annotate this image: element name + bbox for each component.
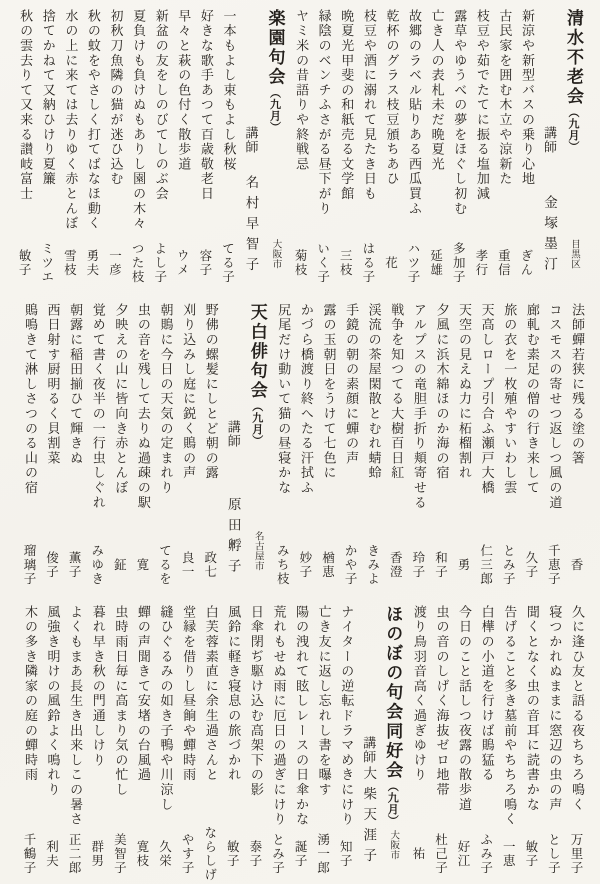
section-month: （九月） (386, 781, 399, 827)
poem-author: よし子 (148, 235, 171, 291)
poem-column: 緑陰のベンチふさがる昼下がりいく子 (311, 9, 334, 293)
poem-column: 枝豆や酒に溺れて見たき日もはる子 (356, 9, 379, 293)
haiku-band-middle: 法師蟬若狭に残る塗の箸香コスモスの寄せつ返しつ風の道千恵子廊軋む素足の僧の行き来… (13, 303, 587, 595)
poem-column: 暮れ早き秋の門通しけり群男 (85, 605, 108, 884)
poem-author: 孝行 (469, 235, 492, 291)
poem-column: 新盆の友をしのびてしのぶ会よし子 (148, 9, 171, 293)
poem-column: 渓流の茶屋閑散とむれ蜻蛉きみよ (361, 303, 384, 595)
poem-column: 秋の雲去りて又来る讃岐富士敏子 (13, 9, 36, 293)
poem-author: 千鶴子 (17, 826, 40, 882)
poem-column: 告げること多き墓前やちちろ鳴く一恵 (497, 605, 520, 884)
poem-author: 花 (379, 235, 402, 291)
lecturer-label: 講師 (221, 420, 244, 448)
section-city-label: 大阪市 (270, 239, 281, 269)
poem-author: てる子 (216, 235, 239, 291)
poem-column: よくもまあ長生き出来しこの暑さ正二郎 (63, 605, 86, 884)
poem-author: 勇夫 (80, 235, 103, 291)
poem-column: 今日のこと話しつ夜露の散歩道好江 (451, 605, 474, 884)
poem-author: いく子 (311, 235, 334, 291)
poem-column: 好きな歌手あつて百歳敬老日容子 (193, 9, 216, 293)
poem-column: 晩夏光甲斐の和紙売る文学館三枝 (334, 9, 357, 293)
poem-author: 妙子 (293, 537, 316, 593)
poem-column: 露草やゆうべの夢をほぐし初む多加子 (447, 9, 470, 293)
poem-author: 菊枝 (288, 235, 311, 291)
poem-column: 白樺の小道を行けば鵙猛るふみ子 (474, 605, 497, 884)
poem-column: 古民家を囲む木立や涼新た重信 (492, 9, 515, 293)
poem-column: ナイターの逆転ドラマめきにけり知子 (334, 605, 357, 884)
poem-author: 敏子 (221, 826, 244, 882)
poem-column: 木の多き隣家の庭の蟬時雨千鶴子 (17, 605, 40, 884)
poem-column: 日傘閉ぢ駆け込む高架下の影泰子 (243, 605, 266, 884)
poem-column: 風鈴に軽き寝息の旅づかれ敏子 (221, 605, 244, 884)
poem-author: 正二郎 (63, 826, 86, 882)
section-header-column: 楽園句会（九月）大阪市 (261, 9, 288, 293)
poem-column: 捨てかねて又納ひけり夏簾ミツエ (35, 9, 58, 293)
poem-author: 祐 (406, 826, 429, 882)
poem-author: かや子 (338, 537, 361, 593)
poem-column: 露の玉朝日をうけて七色に楢恵 (316, 303, 339, 595)
poem-column: 朝露に稲田揃ひて輝きぬ薫子 (63, 303, 86, 595)
poem-column: 縫ひぐるみの如き子鴨や川涼し久栄 (153, 605, 176, 884)
poem-column: 夏負けも負けぬもありし園の木々つた枝 (126, 9, 149, 293)
poem-column: ヤミ米の昔語りや終戦忌菊枝 (288, 9, 311, 293)
poem-author: みち枝 (271, 537, 294, 593)
poem-author: ハツ子 (401, 235, 424, 291)
poem-author: 延雄 (424, 235, 447, 291)
poem-author: 香澄 (384, 537, 407, 593)
lecturer-name: 名村早智子 (238, 175, 261, 278)
poem-author: 誕子 (288, 826, 311, 882)
poem-author: 一彦 (103, 235, 126, 291)
poem-column: 旅の衣を一枚殖やすいわし雲とみ子 (497, 303, 520, 595)
poem-column: かづら橋渡り終へたる汗拭ふ妙子 (293, 303, 316, 595)
poem-author: 薫子 (63, 537, 86, 593)
poem-author: 政七 (198, 537, 221, 593)
poem-author: 知子 (334, 826, 357, 882)
poem-author: きみよ (361, 537, 384, 593)
poem-author: 美智子 (108, 826, 131, 882)
poem-column: 寝つかれぬままに窓辺の虫の声とし子 (542, 605, 565, 884)
poem-column: 天空の見えぬ力に柘榴割れ勇 (451, 303, 474, 595)
poem-author: 雪枝 (58, 235, 81, 291)
poem-column: 蟬の声聞きて安堵の台風過寛枝 (130, 605, 153, 884)
poem-author: てるを (153, 537, 176, 593)
poem-author: 俊子 (40, 537, 63, 593)
poem-column: 夕風に浜木綿ほのか海の宿和子 (429, 303, 452, 595)
poem-column: 荒れもせぬ雨に厄日の過ぎにけりとみ子 (266, 605, 289, 884)
lecturer-label: 講師 (356, 736, 379, 764)
poem-column: 野佛の螺髪にしとど朝の露政七 (198, 303, 221, 595)
poem-author: 久栄 (153, 826, 176, 882)
poem-author: 和子 (429, 537, 452, 593)
poem-author: はる子 (356, 235, 379, 291)
poem-author: とみ子 (497, 537, 520, 593)
poem-column: 虫の音を残して去りぬ過疎の駅寛 (130, 303, 153, 595)
poem-author: 多加子 (447, 235, 470, 291)
poem-column: 秋の蚊をやさしく打てばなほ動く勇夫 (80, 9, 103, 293)
poem-author: 瑠璃子 (17, 537, 40, 593)
poem-author: 香 (564, 537, 587, 593)
poem-author: 泰子 (243, 826, 266, 882)
poem-author: 容子 (193, 235, 216, 291)
lecturer-name: 原田孵子 (221, 497, 244, 579)
section-month: （九月） (251, 401, 264, 447)
haiku-band-bottom: 久に逢ひ友と語る夜ちちろ鳴く万里子寝つかれぬままに窓辺の虫の声とし子聞くとなく虫… (13, 605, 587, 884)
poem-author: ぎん (514, 235, 537, 291)
poem-column: 手鏡の朝の素顔に蟬の声かや子 (338, 303, 361, 595)
poem-column: 白芙蓉素直に余生過さんとならしげ (198, 605, 221, 884)
lecturer-label: 講師 (537, 126, 560, 154)
poem-column: 尻尾だけ動いて猫の昼寝かなみち枝 (271, 303, 294, 595)
poem-column: 天高しロープ引合ふ瀬戸大橋仁三郎 (474, 303, 497, 595)
poem-author: 勇 (451, 537, 474, 593)
poem-column: 枝豆や茹でたてに振る塩加減孝行 (469, 9, 492, 293)
section-header-column: 天白俳句会（九月）名古屋市 (244, 303, 271, 595)
poem-author: 三枝 (334, 235, 357, 291)
poem-author: 鉦 (108, 537, 131, 593)
haiku-band-top: 清水不老会（九月）目黒区講師金塚墨汀新涼や新型バスの乗り心地ぎん古民家を囲む木立… (13, 9, 587, 293)
poem-column: 陽の洩れて眩しレースの日傘かな誕子 (288, 605, 311, 884)
poem-author: 寛 (130, 537, 153, 593)
lecturer-label: 講師 (238, 126, 261, 154)
poem-author: 群男 (85, 826, 108, 882)
poem-author: 敏子 (13, 235, 36, 291)
poem-author: ミツエ (35, 235, 58, 291)
poem-column: コスモスの寄せつ返しつ風の道千恵子 (542, 303, 565, 595)
poem-author: 楢恵 (316, 537, 339, 593)
poem-author: 玲子 (406, 537, 429, 593)
poem-author: とみ子 (266, 826, 289, 882)
poem-column: 虫時雨日毎に高まり気の忙し美智子 (108, 605, 131, 884)
poem-column: 久に逢ひ友と語る夜ちちろ鳴く万里子 (564, 605, 587, 884)
poem-column: 廊軋む素足の僧の行き来して久子 (519, 303, 542, 595)
poem-column: 亡き人の表札未だ晩夏光延雄 (424, 9, 447, 293)
poem-author: 湧一郎 (311, 826, 334, 882)
poem-column: 法師蟬若狭に残る塗の箸香 (564, 303, 587, 595)
poem-column: 鵙鳴きて淋しさつのる山の宿瑠璃子 (17, 303, 40, 595)
poem-column: 新涼や新型バスの乗り心地ぎん (514, 9, 537, 293)
poem-column: 風強き明けの風鈴よく鳴れり利夫 (40, 605, 63, 884)
lecturer-column: 講師金塚墨汀 (537, 9, 560, 293)
poem-author: ふみ子 (474, 826, 497, 882)
poem-author: 千恵子 (542, 537, 565, 593)
poem-author: 寛枝 (130, 826, 153, 882)
poem-column: 故郷のラベル貼りある西瓜買ふハツ子 (401, 9, 424, 293)
lecturer-column: 講師名村早智子 (238, 9, 261, 293)
poem-column: 覚めて書く夜半の一行虫しぐれみゆき (85, 303, 108, 595)
section-month: （九月） (268, 87, 281, 133)
poem-author: やす子 (176, 826, 199, 882)
poem-author: みゆき (85, 537, 108, 593)
poem-column: 戦争を知つてる大樹百日紅香澄 (384, 303, 407, 595)
poem-column: 初秋刀魚隣の猫が迷ひ込む一彦 (103, 9, 126, 293)
lecturer-name: 金塚墨汀 (537, 195, 560, 277)
poem-column: アルプスの竜胆手折り頬寄せる玲子 (406, 303, 429, 595)
poem-author: ウメ (171, 235, 194, 291)
poem-column: 早々と萩の色付く散歩道ウメ (171, 9, 194, 293)
poem-column: 夕映えの山に皆向き赤とんぼ鉦 (108, 303, 131, 595)
poem-author: 利夫 (40, 826, 63, 882)
poem-author: ならしげ (198, 826, 221, 882)
section-header-column: ほのぼの句会同好会（九月）大阪市 (379, 605, 406, 884)
poem-author: とし子 (542, 826, 565, 882)
section-city-label: 名古屋市 (252, 531, 263, 571)
poem-author: 久子 (519, 537, 542, 593)
poem-column: 刈り込みし庭に鋭く鵙の声良一 (176, 303, 199, 595)
poem-author: 仁三郎 (474, 537, 497, 593)
poem-column: 渡り鳥羽音高く過ぎゆけり祐 (406, 605, 429, 884)
poem-column: 水の上に来ては去りゆく赤とんぼ雪枝 (58, 9, 81, 293)
lecturer-column: 講師原田孵子 (221, 303, 244, 595)
poem-author: 良一 (176, 537, 199, 593)
section-city-label: 大阪市 (388, 830, 399, 860)
section-city-label: 目黒区 (569, 239, 580, 269)
poem-author: 一恵 (497, 826, 520, 882)
poem-column: 一本もよし束もよし秋桜てる子 (216, 9, 239, 293)
poem-author: 重信 (492, 235, 515, 291)
poem-column: 乾杯のグラス枝豆頒ちあひ花 (379, 9, 402, 293)
lecturer-column: 講師大柴天涯子 (356, 605, 379, 884)
poem-column: 亡き友に返し忘れし書を曝す湧一郎 (311, 605, 334, 884)
poem-author: 敏子 (519, 826, 542, 882)
section-header-column: 清水不老会（九月）目黒区 (560, 9, 587, 293)
poem-column: 聞くとなく虫の音耳に読書かな敏子 (519, 605, 542, 884)
poem-column: 朝鵙に今日の天気の定まれりてるを (153, 303, 176, 595)
lecturer-name: 大柴天涯子 (356, 766, 379, 869)
poem-author: 好江 (451, 826, 474, 882)
poem-author: 杜己子 (429, 826, 452, 882)
poem-author: つた枝 (126, 235, 149, 291)
poem-author: 万里子 (564, 826, 587, 882)
poem-column: 堂縁を借りし昼餉や蟬時雨やす子 (176, 605, 199, 884)
poem-column: 西日射す厨明るく貝割菜俊子 (40, 303, 63, 595)
haiku-journal-page: 清水不老会（九月）目黒区講師金塚墨汀新涼や新型バスの乗り心地ぎん古民家を囲む木立… (0, 0, 600, 884)
poem-column: 虫の音のしげく海抜ゼロ地帯杜己子 (429, 605, 452, 884)
section-month: （九月） (567, 107, 580, 153)
